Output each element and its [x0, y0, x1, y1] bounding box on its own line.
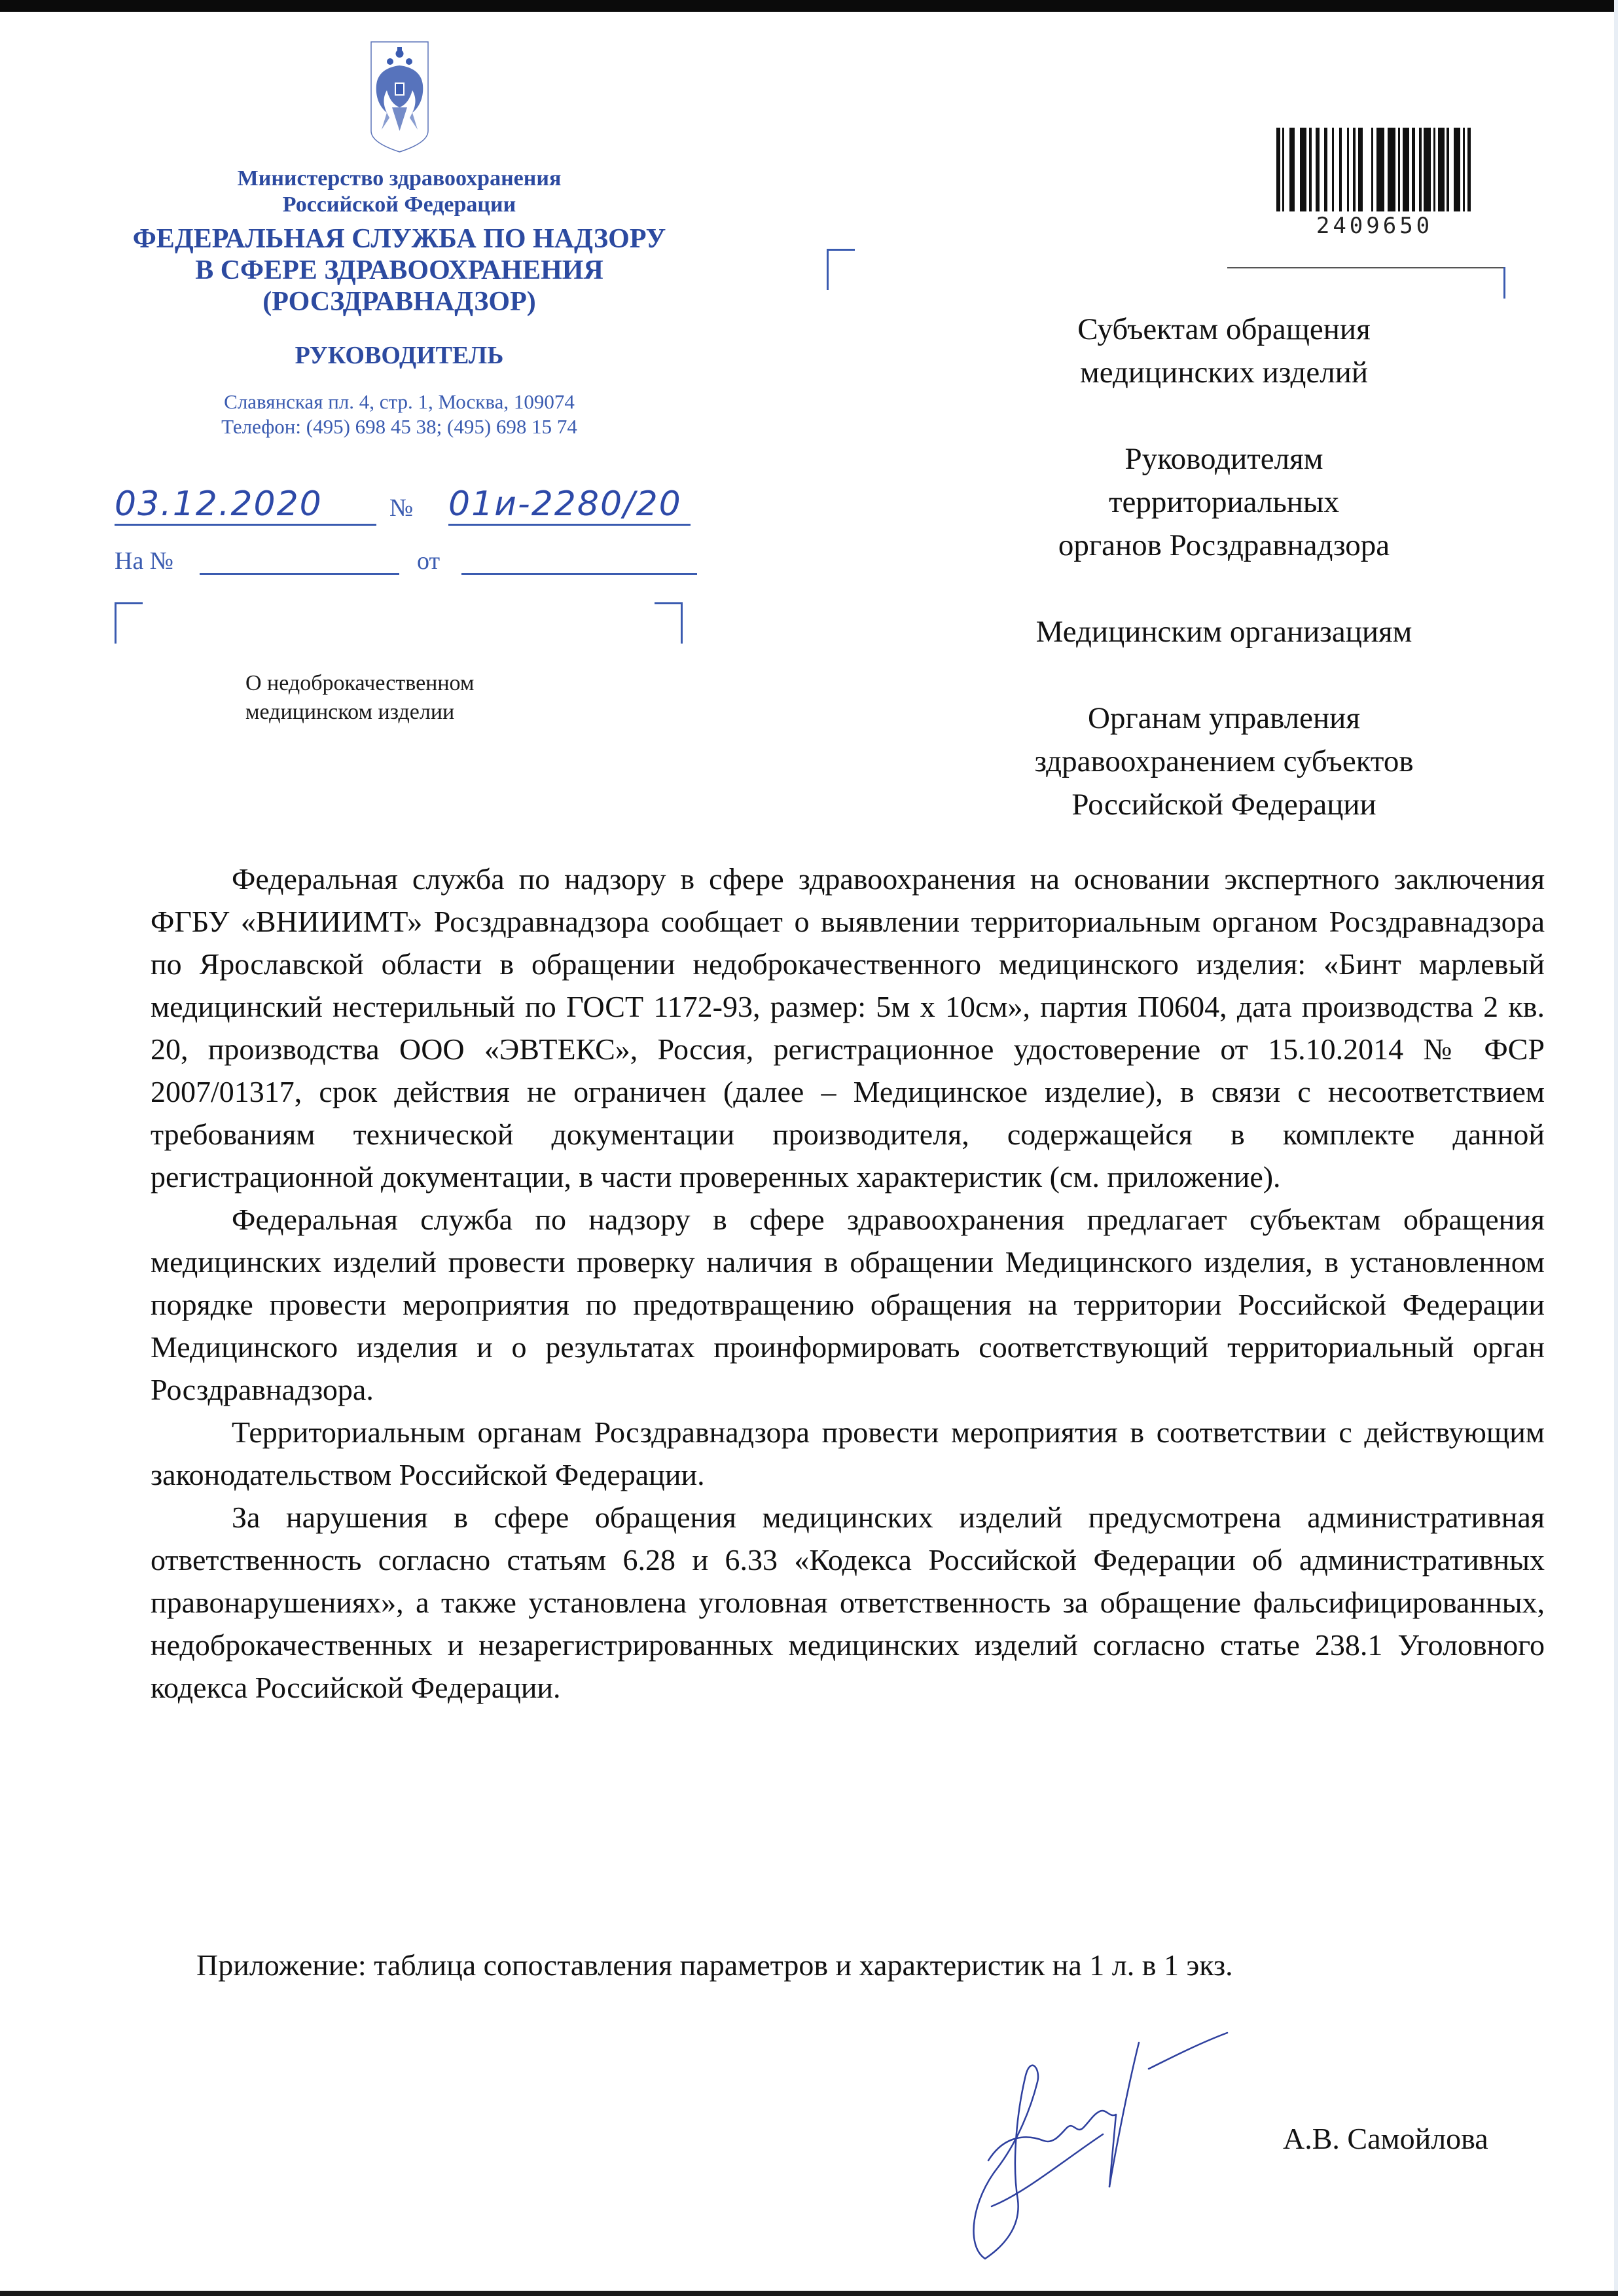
registration-date: 03.12.2020 [115, 484, 376, 526]
addressee-line: Субъектам обращения [956, 308, 1492, 351]
scan-edge-top [0, 0, 1618, 12]
address: Славянская пл. 4, стр. 1, Москва, 109074 [105, 390, 694, 414]
addressee-bracket-left [827, 249, 855, 290]
subject-bracket-left [115, 602, 143, 644]
phone: Телефон: (495) 698 45 38; (495) 698 15 7… [105, 414, 694, 439]
number-label: № [389, 494, 413, 522]
signer-name: А.В. Самойлова [1283, 2121, 1488, 2156]
reply-from-label: от [417, 547, 440, 575]
addressee-line: Медицинским организациям [956, 610, 1492, 653]
barcode-divider [1227, 267, 1505, 268]
addressee-block: Субъектам обращения медицинских изделий … [956, 308, 1492, 869]
registration-number: 01и-2280/20 [448, 484, 691, 526]
body-paragraph: Федеральная служба по надзору в сфере зд… [151, 858, 1545, 1198]
scan-edge-bottom [0, 2291, 1618, 2296]
addressee-item: Органам управления здравоохранением субъ… [956, 697, 1492, 826]
barcode-icon [1276, 128, 1473, 211]
body-paragraph: Федеральная служба по надзору в сфере зд… [151, 1198, 1545, 1411]
service-line-3: (РОСЗДРАВНАДЗОР) [105, 286, 694, 318]
service-name: ФЕДЕРАЛЬНАЯ СЛУЖБА ПО НАДЗОРУ В СФЕРЕ ЗД… [105, 223, 694, 318]
reply-date-blank [461, 573, 697, 575]
service-line-2: В СФЕРЕ ЗДРАВООХРАНЕНИЯ [105, 255, 694, 286]
scan-edge-right [1614, 0, 1618, 2296]
body-paragraph: Территориальным органам Росздравнадзора … [151, 1411, 1545, 1496]
barcode: 2409650 [1276, 128, 1473, 239]
contact-info: Славянская пл. 4, стр. 1, Москва, 109074… [105, 390, 694, 439]
attachment-note: Приложение: таблица сопоставления параме… [196, 1948, 1233, 1982]
service-line-1: ФЕДЕРАЛЬНАЯ СЛУЖБА ПО НАДЗОРУ [105, 223, 694, 255]
addressee-line: органов Росздравнадзора [956, 524, 1492, 567]
addressee-bracket-right [1503, 267, 1505, 299]
reply-number-blank [200, 573, 399, 575]
subject-line-1: О недоброкачественном [245, 669, 474, 698]
registration-line: 03.12.2020 № 01и-2280/20 [115, 484, 697, 530]
subject-line-2: медицинском изделии [245, 698, 474, 727]
letter-subject: О недоброкачественном медицинском издели… [245, 669, 474, 727]
barcode-number: 2409650 [1276, 213, 1473, 239]
position-title: РУКОВОДИТЕЛЬ [105, 341, 694, 370]
reply-reference: На № от [115, 547, 704, 579]
ministry-line-1: Министерство здравоохранения [105, 166, 694, 192]
addressee-item: Медицинским организациям [956, 610, 1492, 653]
coat-of-arms-icon [369, 39, 431, 154]
addressee-line: медицинских изделий [956, 351, 1492, 394]
reply-number-label: На № [115, 547, 173, 575]
addressee-item: Субъектам обращения медицинских изделий [956, 308, 1492, 394]
letterhead: Министерство здравоохранения Российской … [105, 39, 694, 439]
letter-body: Федеральная служба по надзору в сфере зд… [151, 858, 1545, 1709]
addressee-line: здравоохранением субъектов [956, 740, 1492, 783]
addressee-line: территориальных [956, 481, 1492, 524]
addressee-line: Органам управления [956, 697, 1492, 740]
addressee-line: Российской Федерации [956, 783, 1492, 826]
subject-bracket-right [655, 602, 683, 644]
ministry-line-2: Российской Федерации [105, 192, 694, 218]
addressee-item: Руководителям территориальных органов Ро… [956, 437, 1492, 567]
ministry-name: Министерство здравоохранения Российской … [105, 166, 694, 218]
addressee-line: Руководителям [956, 437, 1492, 481]
body-paragraph: За нарушения в сфере обращения медицинск… [151, 1496, 1545, 1709]
